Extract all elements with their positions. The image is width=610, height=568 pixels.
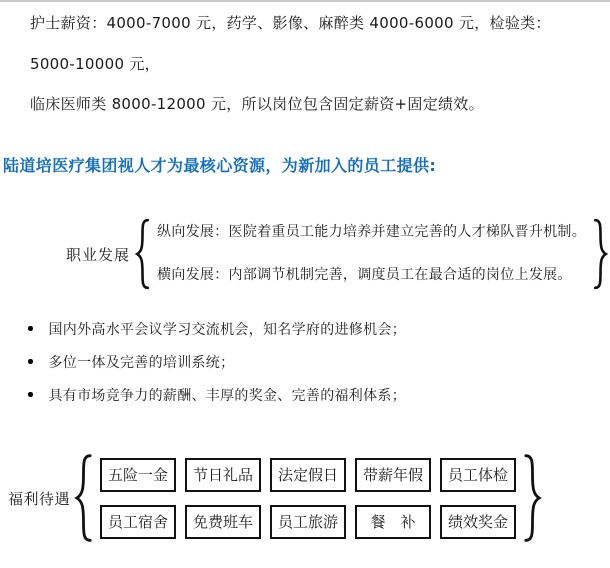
right-brace-icon — [593, 218, 608, 290]
welfare-box-paid-leave: 带薪年假 — [355, 458, 431, 492]
bullet-icon — [28, 392, 33, 397]
welfare-label: 福利待遇 — [8, 488, 70, 509]
list-item: 多位一体及完善的培训系统； — [25, 345, 406, 378]
welfare-box-meal-subsidy: 餐 补 — [355, 505, 431, 539]
salary-line-3: 临床医师类 8000-12000 元，所以岗位包含固定薪资+固定绩效。 — [30, 84, 602, 125]
welfare-grid: 五险一金 节日礼品 法定假日 带薪年假 员工体检 员工宿舍 免费班车 员工旅游 … — [100, 458, 516, 539]
career-items: 纵向发展：医院着重员工能力培养并建立完善的人才梯队晋升机制。 横向发展：内部调节… — [157, 223, 586, 285]
bullet-text-3: 具有市场竞争力的薪酬、丰厚的奖金、完善的福利体系； — [49, 385, 407, 405]
bullet-icon — [28, 359, 33, 364]
welfare-box-performance-bonus: 绩效奖金 — [440, 505, 516, 539]
career-development-group: 职业发展 纵向发展：医院着重员工能力培养并建立完善的人才梯队晋升机制。 横向发展… — [66, 216, 608, 292]
salary-line-2: 5000-10000 元， — [30, 44, 602, 85]
bullet-text-2: 多位一体及完善的培训系统； — [49, 352, 235, 372]
welfare-group: 福利待遇 五险一金 节日礼品 法定假日 带薪年假 员工体检 员工宿舍 免费班车 … — [8, 452, 542, 544]
benefits-list: 国内外高水平会议学习交流机会，知名学府的进修机会； 多位一体及完善的培训系统； … — [25, 312, 406, 411]
left-brace-icon — [135, 218, 150, 290]
career-label: 职业发展 — [66, 244, 130, 265]
bullet-text-1: 国内外高水平会议学习交流机会，知名学府的进修机会； — [49, 319, 407, 339]
welfare-box-health-check: 员工体检 — [440, 458, 516, 492]
welfare-box-insurance: 五险一金 — [100, 458, 176, 492]
section-heading: 陆道培医疗集团视人才为最核心资源，为新加入的员工提供: — [3, 153, 436, 176]
welfare-box-dormitory: 员工宿舍 — [100, 505, 176, 539]
top-divider — [0, 0, 610, 2]
salary-paragraph: 护士薪资：4000-7000 元，药学、影像、麻醉类 4000-6000 元，检… — [30, 3, 602, 125]
list-item: 国内外高水平会议学习交流机会，知名学府的进修机会； — [25, 312, 406, 345]
career-item-vertical: 纵向发展：医院着重员工能力培养并建立完善的人才梯队晋升机制。 — [157, 223, 586, 242]
right-brace-icon — [523, 453, 542, 543]
document-page: 护士薪资：4000-7000 元，药学、影像、麻醉类 4000-6000 元，检… — [0, 0, 610, 568]
left-brace-icon — [74, 453, 93, 543]
welfare-box-employee-travel: 员工旅游 — [270, 505, 346, 539]
bullet-icon — [28, 326, 33, 331]
list-item: 具有市场竞争力的薪酬、丰厚的奖金、完善的福利体系； — [25, 378, 406, 411]
welfare-box-shuttle-bus: 免费班车 — [185, 505, 261, 539]
salary-line-1: 护士薪资：4000-7000 元，药学、影像、麻醉类 4000-6000 元，检… — [30, 3, 602, 44]
welfare-box-legal-holidays: 法定假日 — [270, 458, 346, 492]
welfare-box-holiday-gifts: 节日礼品 — [185, 458, 261, 492]
career-item-horizontal: 横向发展：内部调节机制完善，调度员工在最合适的岗位上发展。 — [157, 266, 586, 285]
